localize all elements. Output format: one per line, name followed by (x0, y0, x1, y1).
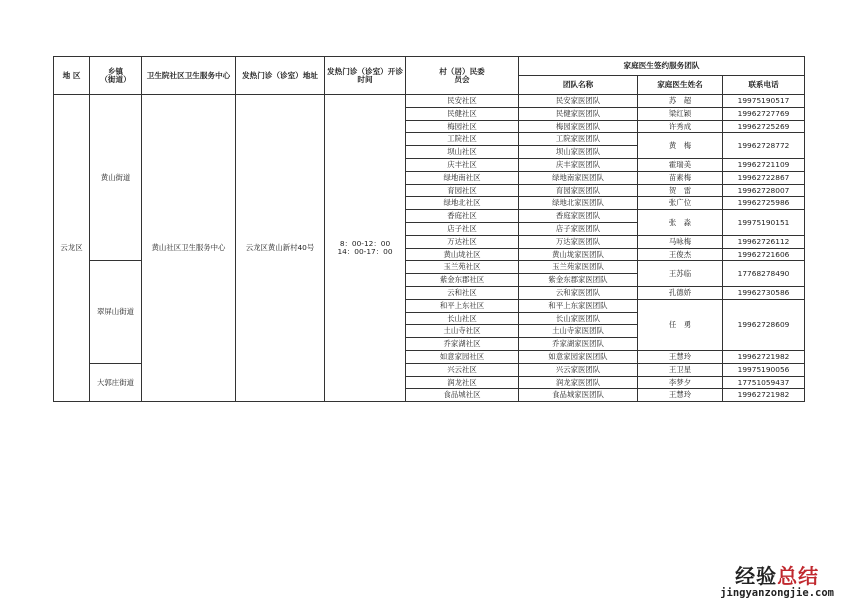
header-committee: 村（居）民委员会 (406, 57, 519, 95)
family-doctor-table: 地 区 乡镇 （街道） 卫生院社区卫生服务中心 发热门诊（诊室）地址 发热门诊（… (53, 56, 805, 402)
town-cell: 黄山街道 (90, 95, 142, 261)
community-cell: 坝山社区 (406, 146, 519, 159)
doctor-name-cell: 王慧玲 (638, 389, 723, 402)
team-name-cell: 育园家医团队 (519, 184, 638, 197)
team-name-cell: 如意家园家医团队 (519, 350, 638, 363)
phone-cell: 19962728772 (723, 133, 805, 159)
watermark: 经验总结 jingyanzongjie.com (720, 565, 834, 599)
team-name-cell: 店子家医团队 (519, 222, 638, 235)
phone-cell: 19975190151 (723, 210, 805, 236)
team-name-cell: 万达家医团队 (519, 235, 638, 248)
doctor-name-cell: 王俊杰 (638, 248, 723, 261)
team-name-cell: 润龙家医团队 (519, 376, 638, 389)
phone-cell: 19962727769 (723, 107, 805, 120)
header-town: 乡镇 （街道） (90, 57, 142, 95)
table-body: 云龙区黄山街道黄山社区卫生服务中心云龙区黄山新村40号8：00-12：0014：… (54, 95, 805, 402)
community-cell: 玉兰苑社区 (406, 261, 519, 274)
team-name-cell: 乔家湖家医团队 (519, 338, 638, 351)
team-name-cell: 民安家医团队 (519, 95, 638, 108)
team-name-cell: 工院家医团队 (519, 133, 638, 146)
team-name-cell: 和平上东家医团队 (519, 299, 638, 312)
header-phone: 联系电话 (723, 76, 805, 95)
community-cell: 乔家湖社区 (406, 338, 519, 351)
watermark-logo: 经验总结 (720, 565, 834, 587)
phone-cell: 19975190517 (723, 95, 805, 108)
watermark-cn-1: 经验 (735, 564, 777, 588)
phone-cell: 19962721109 (723, 158, 805, 171)
doctor-name-cell: 黄 梅 (638, 133, 723, 159)
phone-cell: 19962722867 (723, 171, 805, 184)
community-cell: 民安社区 (406, 95, 519, 108)
fever-hours-cell: 8：00-12：0014：00-17：00 (325, 95, 406, 402)
team-name-cell: 食品城家医团队 (519, 389, 638, 402)
team-name-cell: 香庭家医团队 (519, 210, 638, 223)
doctor-name-cell: 霍瑞美 (638, 158, 723, 171)
community-cell: 店子社区 (406, 222, 519, 235)
community-cell: 工院社区 (406, 133, 519, 146)
community-cell: 庆丰社区 (406, 158, 519, 171)
header-team-group: 家庭医生签约服务团队 (519, 57, 805, 76)
doctor-name-cell: 苏 超 (638, 95, 723, 108)
phone-cell: 19962721982 (723, 389, 805, 402)
doctor-name-cell: 梁红颖 (638, 107, 723, 120)
team-name-cell: 长山家医团队 (519, 312, 638, 325)
doctor-name-cell: 马咏梅 (638, 235, 723, 248)
team-name-cell: 坝山家医团队 (519, 146, 638, 159)
team-name-cell: 民健家医团队 (519, 107, 638, 120)
table-row: 云龙区黄山街道黄山社区卫生服务中心云龙区黄山新村40号8：00-12：0014：… (54, 95, 805, 108)
doctor-name-cell: 王苏临 (638, 261, 723, 287)
fever-address-cell: 云龙区黄山新村40号 (236, 95, 325, 402)
phone-cell: 19962730586 (723, 286, 805, 299)
fever-hours-line: 14：00-17：00 (325, 248, 405, 256)
team-name-cell: 庆丰家医团队 (519, 158, 638, 171)
watermark-domain: jingyanzongjie.com (720, 587, 834, 599)
community-cell: 润龙社区 (406, 376, 519, 389)
phone-cell: 19975190056 (723, 363, 805, 376)
community-cell: 兴云社区 (406, 363, 519, 376)
doctor-name-cell: 王慧玲 (638, 350, 723, 363)
team-name-cell: 梅园家医团队 (519, 120, 638, 133)
phone-cell: 19962726112 (723, 235, 805, 248)
community-cell: 香庭社区 (406, 210, 519, 223)
phone-cell: 17768278490 (723, 261, 805, 287)
phone-cell: 19962728007 (723, 184, 805, 197)
community-cell: 梅园社区 (406, 120, 519, 133)
community-cell: 绿地南社区 (406, 171, 519, 184)
community-cell: 育园社区 (406, 184, 519, 197)
header-team-name: 团队名称 (519, 76, 638, 95)
community-cell: 食品城社区 (406, 389, 519, 402)
community-cell: 云和社区 (406, 286, 519, 299)
community-cell: 黄山垅社区 (406, 248, 519, 261)
community-cell: 民健社区 (406, 107, 519, 120)
team-name-cell: 黄山垅家医团队 (519, 248, 638, 261)
phone-cell: 19962725269 (723, 120, 805, 133)
doctor-name-cell: 张广位 (638, 197, 723, 210)
doctor-name-cell: 任 勇 (638, 299, 723, 350)
community-cell: 紫金东郡社区 (406, 274, 519, 287)
phone-cell: 17751059437 (723, 376, 805, 389)
region-cell: 云龙区 (54, 95, 90, 402)
phone-cell: 19962728609 (723, 299, 805, 350)
doctor-name-cell: 王卫星 (638, 363, 723, 376)
header-region: 地 区 (54, 57, 90, 95)
team-name-cell: 玉兰苑家医团队 (519, 261, 638, 274)
town-cell: 翠屏山街道 (90, 261, 142, 363)
header-doctor-name: 家庭医生姓名 (638, 76, 723, 95)
community-cell: 长山社区 (406, 312, 519, 325)
doctor-name-cell: 许秀成 (638, 120, 723, 133)
center-cell: 黄山社区卫生服务中心 (142, 95, 236, 402)
community-cell: 土山寺社区 (406, 325, 519, 338)
community-cell: 绿地北社区 (406, 197, 519, 210)
community-cell: 万达社区 (406, 235, 519, 248)
doctor-name-cell: 贺 雷 (638, 184, 723, 197)
phone-cell: 19962721982 (723, 350, 805, 363)
team-name-cell: 紫金东郡家医团队 (519, 274, 638, 287)
watermark-cn-2: 总结 (777, 564, 819, 588)
doctor-name-cell: 李梦夕 (638, 376, 723, 389)
phone-cell: 19962725986 (723, 197, 805, 210)
team-name-cell: 兴云家医团队 (519, 363, 638, 376)
town-cell: 大郭庄街道 (90, 363, 142, 401)
doctor-name-cell: 苗素梅 (638, 171, 723, 184)
doctor-name-cell: 张 淼 (638, 210, 723, 236)
header-town-text: 乡镇 （街道） (100, 67, 130, 84)
doctor-name-cell: 孔德娇 (638, 286, 723, 299)
header-fever-hours: 发热门诊（诊室）开诊时间 (325, 57, 406, 95)
team-name-cell: 土山寺家医团队 (519, 325, 638, 338)
team-name-cell: 云和家医团队 (519, 286, 638, 299)
header-fever-address: 发热门诊（诊室）地址 (236, 57, 325, 95)
community-cell: 和平上东社区 (406, 299, 519, 312)
team-name-cell: 绿地北家医团队 (519, 197, 638, 210)
community-cell: 如意家园社区 (406, 350, 519, 363)
team-name-cell: 绿地南家医团队 (519, 171, 638, 184)
header-center: 卫生院社区卫生服务中心 (142, 57, 236, 95)
phone-cell: 19962721606 (723, 248, 805, 261)
